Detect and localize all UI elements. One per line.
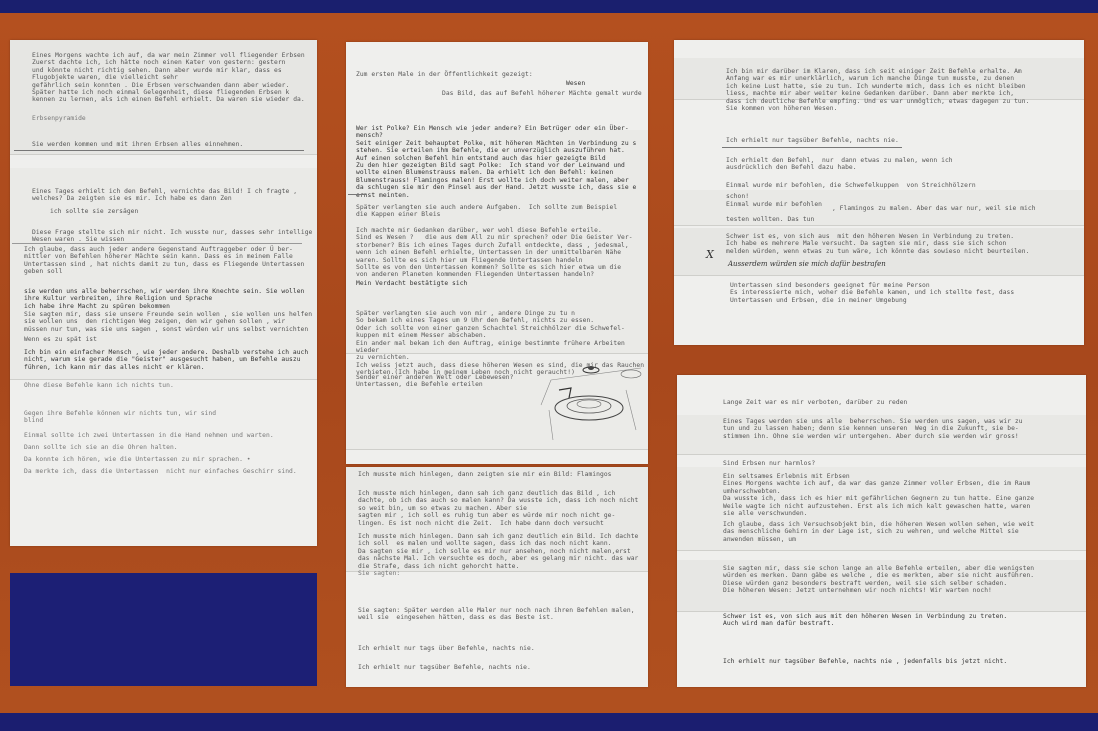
typed-paragraph: Da merkte ich, dass die Untertassen nich…: [24, 468, 297, 475]
sheet-middle-top: Zum ersten Male in der Öffentlichkeit ge…: [346, 42, 648, 464]
typed-paragraph: Sender einer anderen Welt oder Lebewesen…: [356, 374, 513, 389]
typed-paragraph: Ich machte mir Gedanken darüber, wer woh…: [356, 227, 633, 264]
typed-paragraph: Eines Tages werden sie uns alle beherrsc…: [723, 418, 1023, 440]
typed-paragraph: Ich erhielt nur tagsüber Befehle, nachts…: [358, 664, 531, 671]
typed-paragraph: Sie sagten mir, dass sie schon lange an …: [723, 565, 1034, 595]
pencil-line: [14, 150, 304, 151]
typed-paragraph: Schwer ist es, von sich aus mit den höhe…: [726, 233, 1029, 255]
typed-paragraph: Ohne diese Befehle kann ich nichts tun.: [24, 382, 174, 389]
typed-paragraph: Sie sagten:: [358, 570, 400, 577]
typed-subtitle: Das Bild, das auf Befehl höherer Mächte …: [442, 90, 642, 97]
typed-paragraph: Einmal sollte ich zwei Untertassen in di…: [24, 432, 274, 439]
typed-paragraph: Einmal wurde mir befohlen, die Schwefelk…: [726, 182, 976, 189]
typed-title: Zum ersten Male in der Öffentlichkeit ge…: [356, 71, 533, 78]
typed-paragraph: schon!: [726, 193, 749, 200]
typed-paragraph: Wenn es zu spät ist: [24, 336, 97, 343]
typed-paragraph: Ein seltsames Erlebnis mit Erbsen Eines …: [723, 473, 1034, 517]
typed-paragraph: Ich erhielt nur tagsüber Befehle, nachts…: [723, 658, 1007, 665]
blue-empty-panel: [10, 573, 317, 686]
typed-paragraph: Gegen ihre Befehle können wir nichts tun…: [24, 410, 216, 425]
typed-paragraph: Sie sagten mir, dass sie unsere Freunde …: [24, 311, 312, 333]
handwritten-note: Ausserdem würden sie mich dafür bestrafe…: [728, 260, 886, 268]
sheet-right-bottom: Lange Zeit war es mir verboten, darüber …: [677, 375, 1086, 687]
sheet-left: Eines Morgens wachte ich auf, da war mei…: [10, 40, 317, 546]
typed-paragraph: ich sollte sie zersägen: [50, 208, 138, 215]
typed-paragraph: Ich erhielt den Befehl, nur dann etwas z…: [726, 157, 953, 172]
pencil-line: [12, 243, 302, 244]
typed-paragraph: Einmal wurde mir befohlen: [726, 201, 822, 208]
sheet-middle-bottom: Ich musste mich hinlegen, dann zeigten s…: [346, 467, 648, 687]
typed-title: Wesen: [566, 80, 585, 87]
typed-paragraph: Schwer ist es, von sich aus mit den höhe…: [723, 613, 1007, 628]
typed-paragraph: Lange Zeit war es mir verboten, darüber …: [723, 399, 907, 406]
typed-paragraph: Diese Frage stellte sich mir nicht. Ich …: [32, 229, 312, 244]
handwritten-x-mark: X: [706, 248, 714, 261]
pencil-underline: [722, 147, 902, 148]
typed-paragraph: Wer ist Polke? Ein Mensch wie jeder ande…: [356, 125, 636, 199]
typed-paragraph: Sie werden kommen und mit ihren Erbsen a…: [32, 141, 243, 148]
typed-paragraph: Ich bin mir darüber im Klaren, dass ich …: [726, 68, 1029, 112]
blue-wall-bottom: [0, 713, 1098, 731]
typed-paragraph: sie werden uns alle beherrschen, wir wer…: [24, 288, 304, 310]
typed-paragraph: Ich musste mich hinlegen, dann sah ich g…: [358, 490, 638, 527]
sheet-right-top: Ich bin mir darüber im Klaren, dass ich …: [674, 40, 1084, 345]
typed-paragraph: , Flamingos zu malen. Aber das war nur, …: [832, 205, 1036, 212]
typed-paragraph: testen wollten. Das tun: [726, 216, 814, 223]
typed-paragraph: Mein Verdacht bestätigte sich: [356, 280, 467, 287]
typed-paragraph: Ich musste mich hinlegen, dann zeigten s…: [358, 471, 612, 478]
typed-paragraph: Dann sollte ich sie an die Ohren halten.: [24, 444, 178, 451]
typed-paragraph: Ich bin ein einfacher Mensch , wie jeder…: [24, 349, 308, 371]
typed-paragraph: Eines Morgens wachte ich auf, da war mei…: [32, 52, 305, 104]
typed-paragraph: Untertassen sind besonders geeignet für …: [730, 282, 1014, 304]
typed-paragraph: Ich musste mich hinlegen. Dann sah ich g…: [358, 533, 638, 570]
typed-paragraph: Später verlangten sie auch andere Aufgab…: [356, 204, 617, 219]
typed-paragraph: Ich erhielt nur tags über Befehle, nacht…: [358, 645, 535, 652]
typed-paragraph: Sie sagten: Später werden alle Maler nur…: [358, 607, 635, 622]
typed-paragraph: Sollte es von den Untertassen kommen? So…: [356, 264, 621, 279]
pencil-mark: [348, 194, 366, 195]
typed-paragraph: Da konnte ich hören, wie die Untertassen…: [24, 456, 251, 463]
typed-heading: Erbsenpyramide: [32, 115, 86, 122]
typed-paragraph: Ich erhielt nur tagsüber Befehle, nachts…: [726, 137, 899, 144]
typed-paragraph: Eines Tages erhielt ich den Befehl, vern…: [32, 188, 297, 203]
typed-paragraph: Sind Erbsen nur harmlos?: [723, 460, 815, 467]
typed-paragraph: Ich glaube, dass ich Versuchsobjekt bin,…: [723, 521, 1034, 543]
typed-paragraph: Ich glaube, dass auch jeder andere Gegen…: [24, 246, 304, 276]
flying-saucer-sketch: [531, 360, 646, 445]
